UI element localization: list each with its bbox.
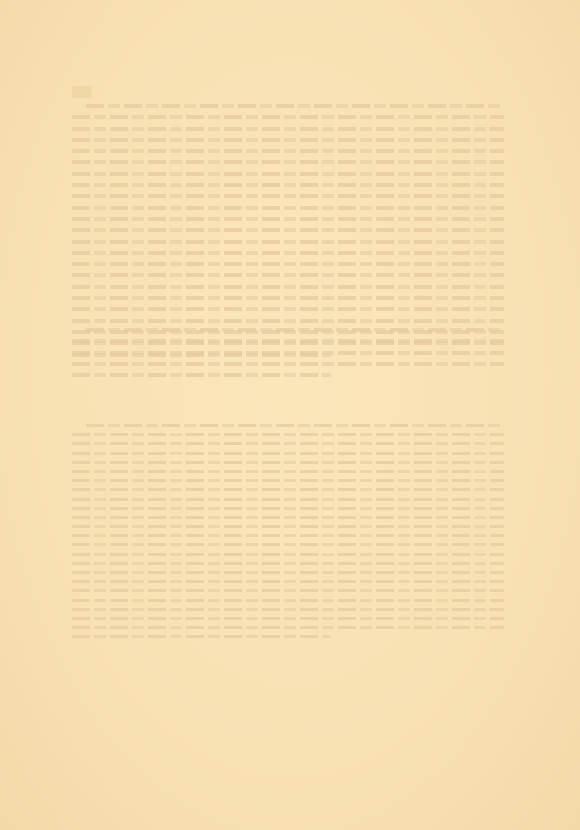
text-line xyxy=(72,452,504,455)
text-line xyxy=(72,488,504,491)
text-line xyxy=(72,635,331,638)
text-line xyxy=(72,608,504,611)
text-line xyxy=(72,479,504,482)
text-line xyxy=(72,373,331,377)
text-line xyxy=(72,351,504,355)
text-line xyxy=(72,553,504,556)
text-line xyxy=(72,127,504,131)
text-line xyxy=(72,319,504,323)
text-line xyxy=(72,580,504,583)
text-line xyxy=(72,228,504,232)
text-line xyxy=(72,262,504,266)
text-line xyxy=(72,183,504,187)
text-line xyxy=(72,626,504,629)
text-line xyxy=(72,194,504,198)
text-line xyxy=(72,543,504,546)
text-line xyxy=(72,307,504,311)
text-line xyxy=(72,149,504,153)
text-line xyxy=(72,589,504,592)
text-line xyxy=(72,470,504,473)
text-line xyxy=(72,251,504,255)
text-line xyxy=(86,104,504,108)
text-line xyxy=(86,328,504,332)
lower-notes xyxy=(72,424,504,645)
text-line xyxy=(72,217,504,221)
text-line xyxy=(72,617,504,620)
text-line xyxy=(72,516,504,519)
page-number xyxy=(72,86,92,98)
text-line xyxy=(86,424,504,427)
upper-paragraphs xyxy=(72,104,504,364)
middle-paragraph xyxy=(72,328,504,384)
text-line xyxy=(72,433,504,436)
text-line xyxy=(72,498,504,501)
text-line xyxy=(72,442,504,445)
text-line xyxy=(72,507,504,510)
text-line xyxy=(72,206,504,210)
text-line xyxy=(72,172,504,176)
text-line xyxy=(72,362,504,366)
text-line xyxy=(72,273,504,277)
text-line xyxy=(72,571,504,574)
text-line xyxy=(72,240,504,244)
text-line xyxy=(72,115,504,119)
text-line xyxy=(72,461,504,464)
text-line xyxy=(72,562,504,565)
text-line xyxy=(72,525,504,528)
text-line xyxy=(72,339,504,343)
text-line xyxy=(72,599,504,602)
text-line xyxy=(72,160,504,164)
text-line xyxy=(72,296,504,300)
text-line xyxy=(72,285,504,289)
text-line xyxy=(72,138,504,142)
text-line xyxy=(72,534,504,537)
